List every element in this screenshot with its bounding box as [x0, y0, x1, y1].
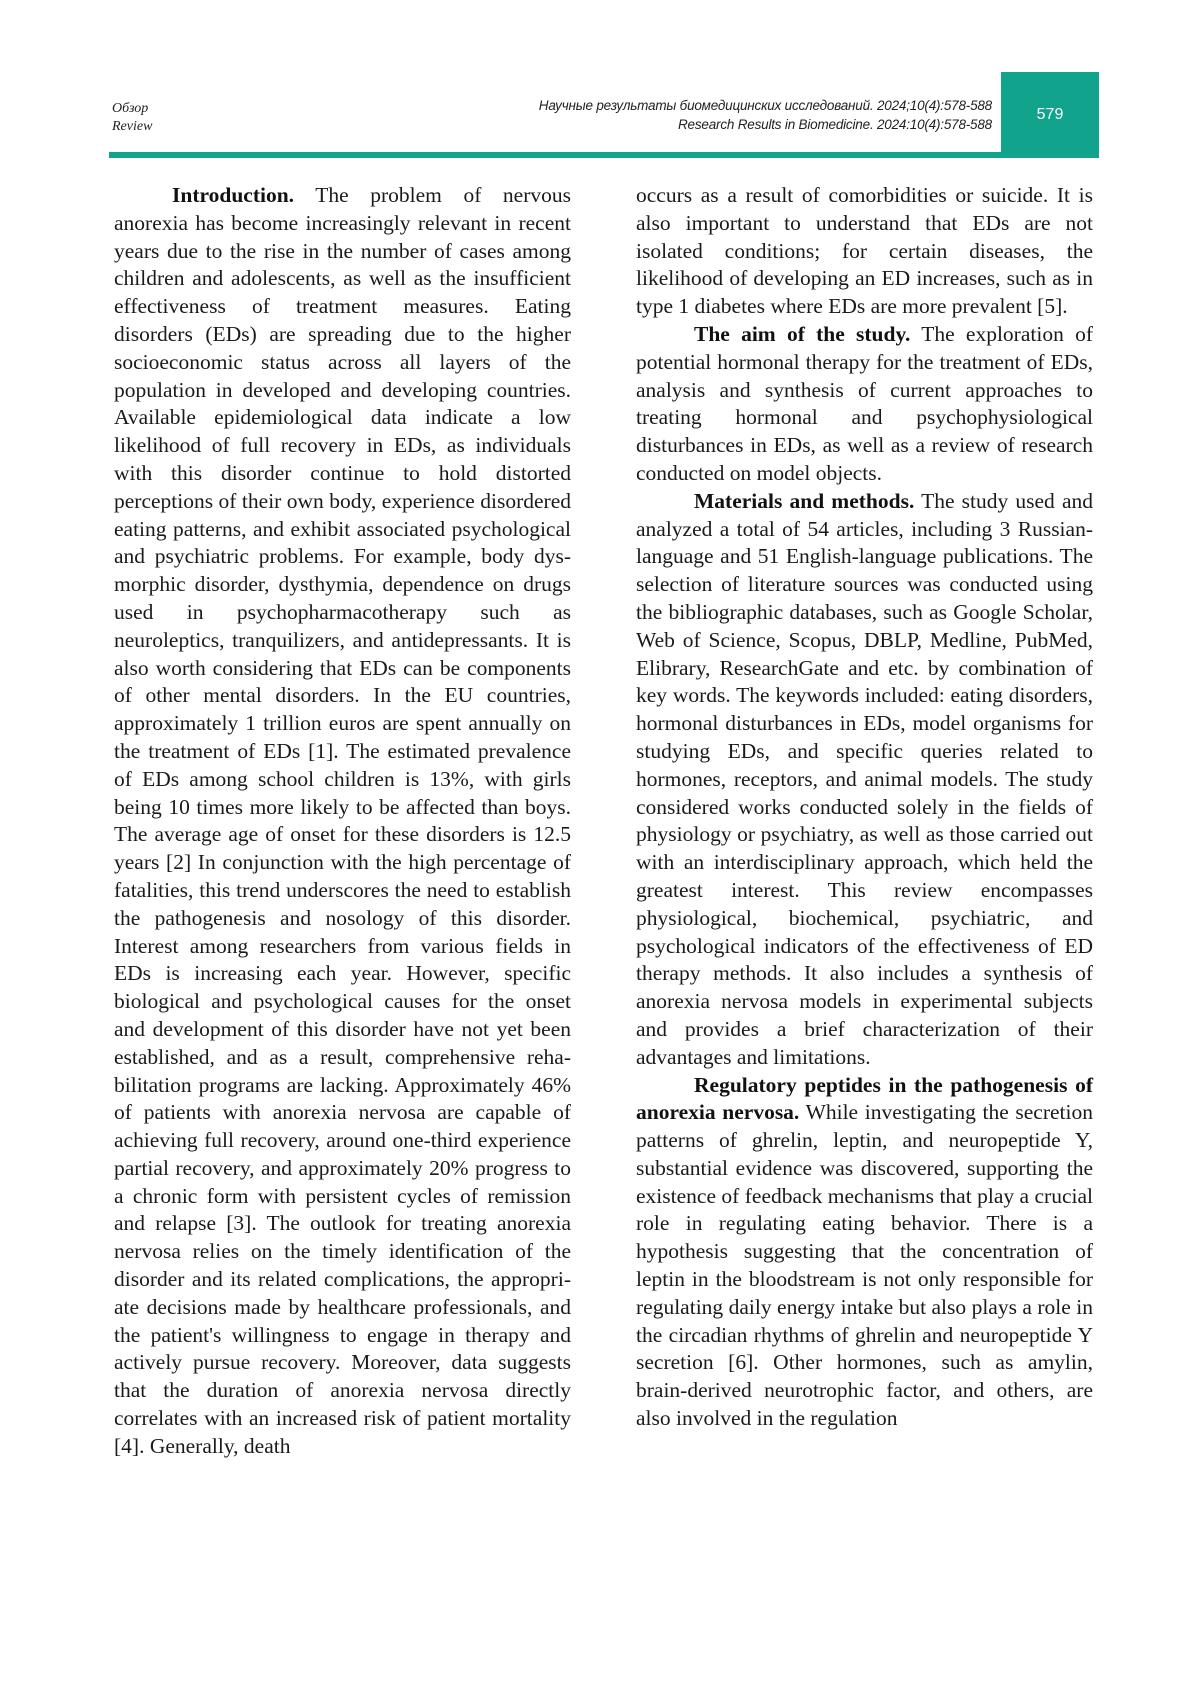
aim-paragraph: The aim of the study. The exploration of… — [636, 321, 1093, 488]
journal-citation-en: Research Results in Biomedicine. 2024:10… — [539, 115, 992, 134]
peptides-text: While investigating the secretion patter… — [636, 1100, 1093, 1430]
peptides-paragraph: Regulatory peptides in the pathogene­sis… — [636, 1072, 1093, 1433]
header-divider — [109, 152, 1099, 158]
right-column: occurs as a result of comorbidities or s… — [636, 182, 1093, 1433]
left-column: Introduction. The problem of nervous ano… — [114, 182, 571, 1461]
methods-paragraph: Materials and methods. The study used an… — [636, 488, 1093, 1072]
introduction-continued: occurs as a result of comorbidities or s… — [636, 182, 1093, 321]
journal-citation-ru: Научные результаты биомедицинских исслед… — [539, 96, 992, 115]
aim-heading: The aim of the study. — [694, 322, 910, 346]
introduction-heading: Introduction. — [172, 183, 294, 207]
page-number-box: 579 — [1001, 72, 1099, 158]
introduction-text: The problem of nervous anorexia has beco… — [114, 183, 571, 1458]
article-type: Обзор Review — [112, 100, 152, 136]
article-type-en: Review — [112, 118, 152, 136]
methods-text: The study used and analyzed a total of 5… — [636, 489, 1093, 1069]
page-number: 579 — [1037, 106, 1064, 124]
aim-text: The exploration of potential hormonal th… — [636, 322, 1093, 485]
introduction-paragraph: Introduction. The problem of nervous ano… — [114, 182, 571, 1461]
methods-heading: Materials and methods. — [694, 489, 914, 513]
journal-citation: Научные результаты биомедицинских исслед… — [539, 96, 992, 134]
article-type-ru: Обзор — [112, 100, 152, 118]
